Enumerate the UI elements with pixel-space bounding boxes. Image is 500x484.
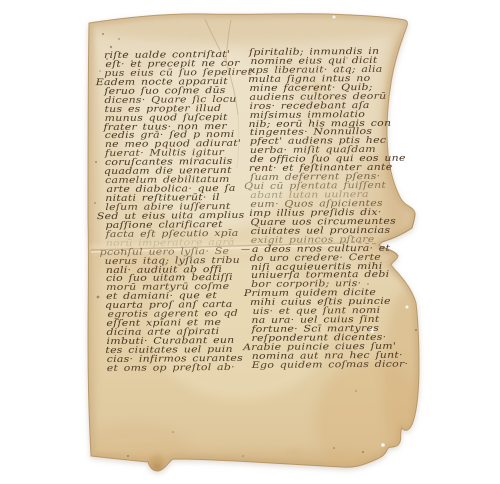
manuscript-text-line: uis· et que ſunt nomi [252, 307, 409, 317]
manuscript-text-line: Eadem nocte apparuit [103, 78, 254, 88]
manuscript-text-line: et oms op preſtol ab· [107, 363, 258, 373]
text-column-right: ſpiritalib; inmundis innomine eius qui d… [249, 48, 408, 371]
text-column-left: riſte ualde contriſtat'eſt· et precepit … [104, 51, 258, 374]
manuscript-text-line: quadam die uenerunt [104, 167, 255, 177]
manuscript-text-line: do uro credere· Certe [250, 253, 407, 263]
manuscript-text-line: frater tuus· non mer [103, 122, 254, 132]
photo-background: riſte ualde contriſtat'eſt· et precepit … [0, 0, 500, 484]
manuscript-text-line: Arabie puincie ciues ſum' [250, 343, 407, 353]
manuscript-text-line: eſt· et precepit ne cor [105, 60, 256, 70]
manuscript-text-line: Ego quidem coſmas dicor· [252, 360, 409, 370]
stain [80, 10, 420, 42]
manuscript-text-line: nomine eius qui dicit [250, 57, 407, 67]
manuscript-text-line: imp illius preſidis dix· [249, 209, 406, 219]
margin-dash-mark: — [241, 245, 250, 255]
manuscript-text-line: Sed ut eius uita amplius [104, 212, 255, 222]
manuscript-text-line: nib; eorū his magis con [248, 119, 405, 129]
manuscript-text-line: egrotis agerent eo qd [107, 310, 258, 320]
manuscript-text-line: multa ſigna intus no [248, 74, 405, 84]
manuscript-text-line: uerus itaq; lyſias tribu [105, 256, 256, 266]
manuscript-text-line: arte diabolica· que ſa [106, 185, 257, 195]
manuscript-text-line: tes ciuitates uel puin [105, 346, 256, 356]
